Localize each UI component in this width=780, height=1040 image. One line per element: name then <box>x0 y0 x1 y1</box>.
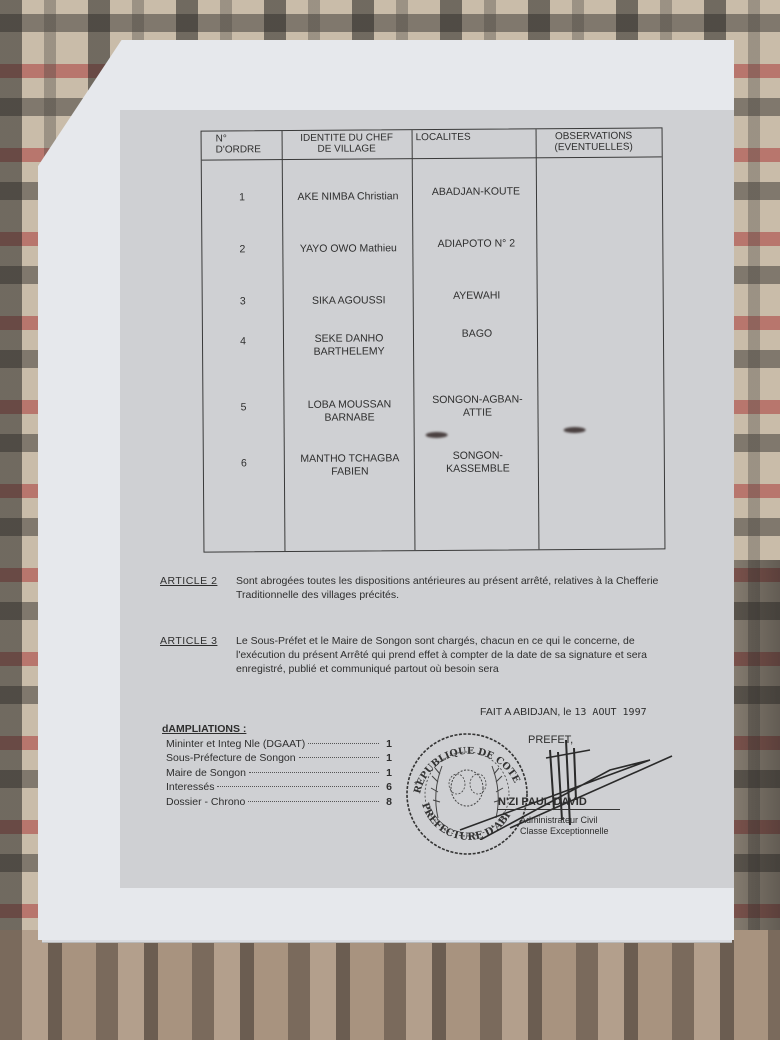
locality: ADIAPOTO N° 2 <box>414 237 538 251</box>
chief-name-line1: SIKA AGOUSSI <box>285 294 413 308</box>
article-3-label-text: ARTICLE 3 <box>160 635 217 647</box>
chief-name-line1: MANTHO TCHAGBA <box>286 452 414 466</box>
chief-name: AKE NIMBA Christian <box>284 190 412 204</box>
chief-name-line2: BARNABE <box>285 411 413 425</box>
place-date-line: FAIT A ABIDJAN, le 13 AOUT 1997 <box>480 706 647 718</box>
locality-line1: AYEWAHI <box>415 289 539 303</box>
locality-line2: ATTIE <box>415 406 539 420</box>
row-number: 4 <box>203 335 283 349</box>
locality: BAGO <box>415 327 539 341</box>
chief-name: SIKA AGOUSSI <box>285 294 413 308</box>
ampliation-item: Mininter et Integ Nle (DGAAT)1 <box>162 737 392 752</box>
leader-dots <box>248 801 379 802</box>
printed-area: N° D'ORDRE IDENTITE DU CHEF DE VILLAGE L… <box>120 110 738 888</box>
ampliation-qty: 1 <box>382 737 392 752</box>
signatory-role: PREFET, <box>528 734 573 746</box>
chief-name-line1: LOBA MOUSSAN <box>285 398 413 412</box>
locality-line1: ADIAPOTO N° 2 <box>414 237 538 251</box>
header-order: N° D'ORDRE <box>216 133 261 155</box>
chief-name: YAYO OWO Mathieu <box>284 242 412 256</box>
chief-name-line2: FABIEN <box>286 465 414 479</box>
ampliation-label: Dossier - Chrono <box>166 795 245 810</box>
article-3: ARTICLE 3 Le Sous-Préfet et le Maire de … <box>160 634 680 676</box>
chief-name-line1: YAYO OWO Mathieu <box>284 242 412 256</box>
chief-name-line1: SEKE DANHO <box>285 332 413 346</box>
locality-line1: BAGO <box>415 327 539 341</box>
chief-name: MANTHO TCHAGBA FABIEN <box>286 452 414 479</box>
locality-line2: KASSEMBLE <box>416 462 540 476</box>
signatory-title: Administrateur Civil Classe Exceptionnel… <box>520 815 609 837</box>
ampliation-label: Mininter et Integ Nle (DGAAT) <box>166 737 305 752</box>
leader-dots <box>249 772 379 773</box>
signature-date: 13 AOUT 1997 <box>574 707 646 718</box>
fabric-bottom-stripes <box>0 930 780 1040</box>
header-localities-text: LOCALITES <box>416 132 471 143</box>
article-2-text: Sont abrogées toutes les dispositions an… <box>236 574 680 602</box>
ampliation-item: Dossier - Chrono8 <box>162 795 392 810</box>
row-number: 3 <box>203 295 283 309</box>
ampliations-title: dAMPLIATIONS : <box>162 722 392 737</box>
locality: ABADJAN-KOUTE <box>414 185 538 199</box>
header-observations: OBSERVATIONS (EVENTUELLES) <box>544 131 644 154</box>
header-identity: IDENTITE DU CHEF DE VILLAGE <box>292 132 402 155</box>
signatory-name: N'ZI PAUL DAVID <box>498 796 620 810</box>
article-3-text: Le Sous-Préfet et le Maire de Songon son… <box>236 634 672 676</box>
article-2-label-text: ARTICLE 2 <box>160 575 217 587</box>
ampliation-item: Interessés6 <box>162 780 392 795</box>
chief-name-line2: BARTHELEMY <box>285 345 413 359</box>
row-number: 6 <box>204 457 284 471</box>
locality: AYEWAHI <box>415 289 539 303</box>
header-order-line1: N° <box>216 133 261 144</box>
chief-name-line1: AKE NIMBA Christian <box>284 190 412 204</box>
signatory-title-line1: Administrateur Civil <box>520 815 609 826</box>
leader-dots <box>217 786 379 787</box>
ink-smudge <box>564 427 586 433</box>
header-observations-line2: (EVENTUELLES) <box>544 142 644 154</box>
ampliation-label: Maire de Songon <box>166 766 246 781</box>
chiefs-table: N° D'ORDRE IDENTITE DU CHEF DE VILLAGE L… <box>201 127 666 552</box>
article-2: ARTICLE 2 Sont abrogées toutes les dispo… <box>160 574 680 602</box>
ampliation-label: Interessés <box>166 780 214 795</box>
ampliations-list: dAMPLIATIONS : Mininter et Integ Nle (DG… <box>162 722 392 809</box>
chief-name: LOBA MOUSSAN BARNABE <box>285 398 413 425</box>
header-observations-line1: OBSERVATIONS <box>544 131 644 143</box>
ink-smudge <box>426 432 448 438</box>
locality: SONGON- KASSEMBLE <box>416 449 540 476</box>
ampliation-label: Sous-Préfecture de Songon <box>166 751 296 766</box>
leader-dots <box>299 757 379 758</box>
locality-line1: ABADJAN-KOUTE <box>414 185 538 199</box>
paper-sheet: N° D'ORDRE IDENTITE DU CHEF DE VILLAGE L… <box>38 40 734 940</box>
article-3-label: ARTICLE 3 <box>160 634 217 648</box>
svg-text:*: * <box>414 780 418 791</box>
locality-line1: SONGON- <box>416 449 540 463</box>
ampliation-qty: 8 <box>382 795 392 810</box>
signatory-title-line2: Classe Exceptionnelle <box>520 826 609 837</box>
leader-dots <box>308 743 379 744</box>
ampliation-qty: 1 <box>382 766 392 781</box>
article-2-label: ARTICLE 2 <box>160 574 217 588</box>
chief-name: SEKE DANHO BARTHELEMY <box>285 332 413 359</box>
row-number: 1 <box>202 191 282 205</box>
locality-line1: SONGON-AGBAN- <box>415 393 539 407</box>
row-number: 2 <box>202 243 282 257</box>
place-prefix: FAIT A ABIDJAN, le <box>480 706 571 718</box>
header-identity-line2: DE VILLAGE <box>292 143 402 155</box>
header-identity-line1: IDENTITE DU CHEF <box>292 132 402 144</box>
header-localities: LOCALITES <box>416 132 471 143</box>
ampliation-qty: 6 <box>382 780 392 795</box>
ampliation-item: Maire de Songon1 <box>162 766 392 781</box>
locality: SONGON-AGBAN- ATTIE <box>415 393 539 420</box>
row-number: 5 <box>203 401 283 415</box>
table-header-divider <box>202 156 662 160</box>
header-order-line2: D'ORDRE <box>216 144 261 155</box>
ampliation-qty: 1 <box>382 751 392 766</box>
ampliation-item: Sous-Préfecture de Songon1 <box>162 751 392 766</box>
